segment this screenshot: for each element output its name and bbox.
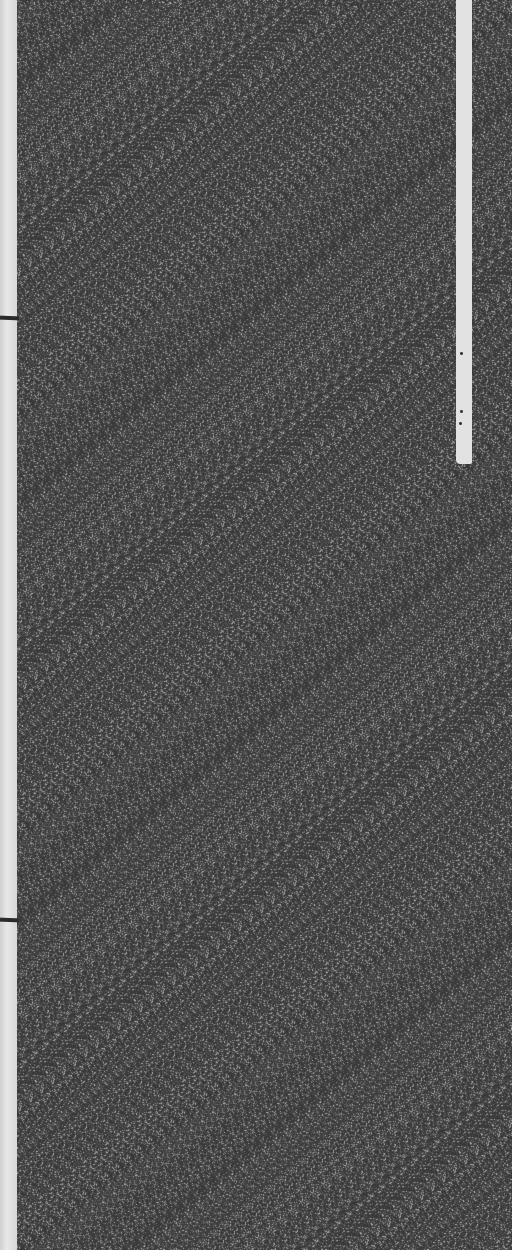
- stain-spot: [460, 410, 463, 413]
- road-photo: [0, 0, 512, 1250]
- lane-dash-line: [456, 0, 472, 464]
- left-edge-line: [0, 0, 17, 1250]
- crack-mark: [0, 918, 19, 923]
- stain-spot: [460, 352, 463, 355]
- crack-mark: [0, 316, 19, 321]
- asphalt-texture: [0, 0, 512, 1250]
- stain-spot: [459, 422, 462, 425]
